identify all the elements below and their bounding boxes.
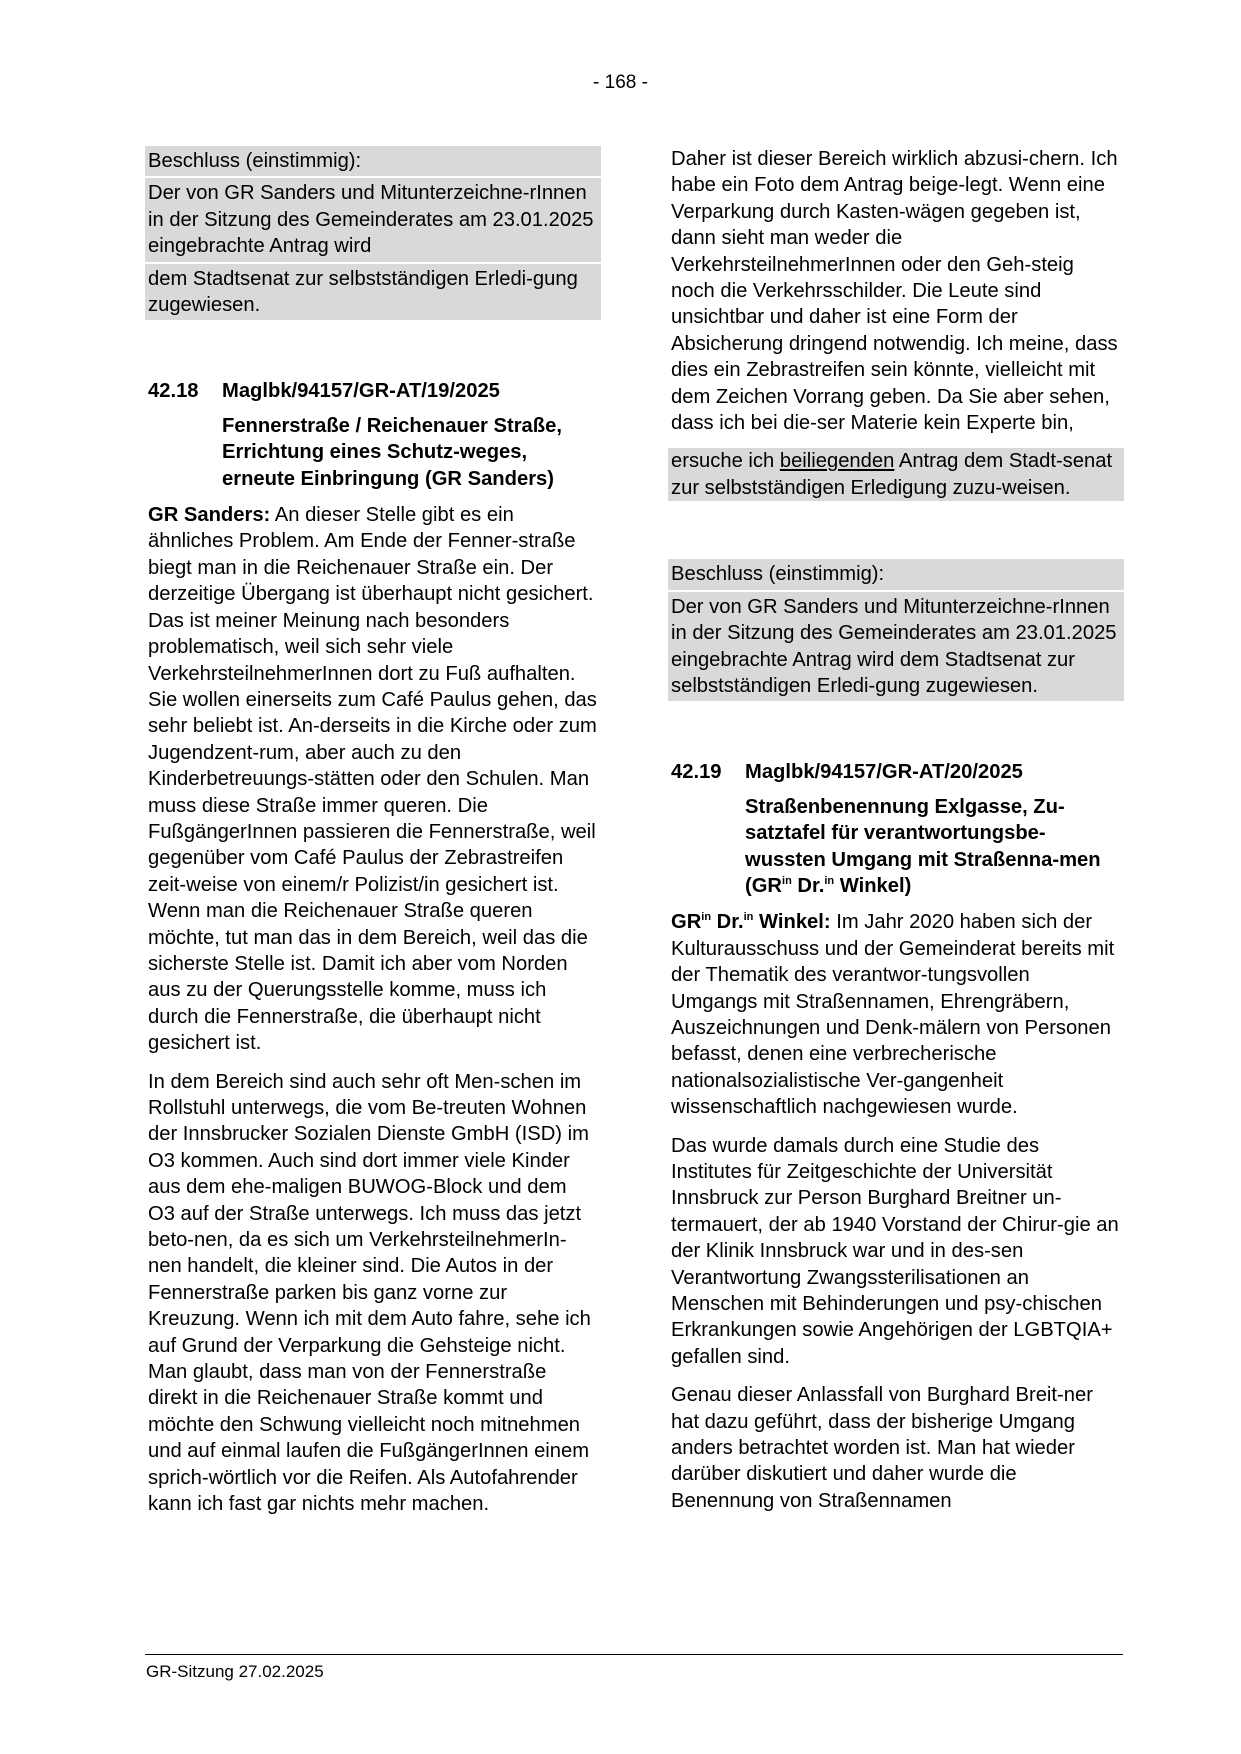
title-mid: Dr. — [792, 875, 825, 897]
speech-paragraph-2: In dem Bereich sind auch sehr oft Men-sc… — [145, 1069, 601, 1518]
resolution-text-row-2: dem Stadtsenat zur selbstständigen Erled… — [145, 264, 601, 321]
agenda-item-number: 42.19 — [671, 759, 745, 785]
speech-text: Im Jahr 2020 haben sich der Kulturaussch… — [671, 911, 1114, 1118]
footer-divider — [145, 1654, 1123, 1655]
resolution-text-part-1: Der von GR Sanders und Mitunterzeichne-r… — [145, 180, 601, 259]
resolution-box-top: Beschluss (einstimmig): Der von GR Sande… — [145, 146, 601, 320]
speaker-surname: Winkel: — [753, 911, 830, 933]
agenda-item-reference: Maglbk/94157/GR-AT/19/2025 — [222, 378, 500, 404]
title-end: Winkel) — [834, 875, 911, 897]
footer-session-date: GR-Sitzung 27.02.2025 — [146, 1662, 324, 1682]
right-column: Daher ist dieser Bereich wirklich abzusi… — [668, 146, 1124, 1526]
speech-paragraph-3: Genau dieser Anlassfall von Burghard Bre… — [668, 1382, 1124, 1514]
resolution-text-row-1: Der von GR Sanders und Mitunterzeichne-r… — [145, 178, 601, 263]
title-superscript: in — [782, 875, 792, 887]
speech-paragraph-1: GRin Dr.in Winkel: Im Jahr 2020 haben si… — [668, 909, 1124, 1120]
request-text-before: ersuche ich — [671, 450, 780, 472]
speech-continuation-paragraph: Daher ist dieser Bereich wirklich abzusi… — [668, 146, 1124, 436]
underlined-word: beiliegenden — [780, 450, 895, 472]
speech-paragraph-2: Das wurde damals durch eine Studie des I… — [668, 1133, 1124, 1371]
speech-text: An dieser Stelle gibt es ein ähnliches P… — [148, 504, 597, 1054]
speaker-superscript: in — [701, 911, 711, 923]
page-number: - 168 - — [0, 72, 1241, 94]
request-paragraph: ersuche ich beiliegenden Antrag dem Stad… — [668, 448, 1124, 501]
agenda-item-heading-4219: 42.19 Maglbk/94157/GR-AT/20/2025 — [668, 759, 1124, 785]
left-column: Beschluss (einstimmig): Der von GR Sande… — [145, 146, 601, 1530]
resolution-label-row: Beschluss (einstimmig): — [145, 146, 601, 178]
resolution-box-right: Beschluss (einstimmig): Der von GR Sande… — [668, 559, 1124, 701]
resolution-text-row: Der von GR Sanders und Mitunterzeichne-r… — [668, 592, 1124, 702]
agenda-item-heading-4218: 42.18 Maglbk/94157/GR-AT/19/2025 — [145, 378, 601, 404]
resolution-label: Beschluss (einstimmig): — [668, 561, 1124, 587]
title-superscript: in — [824, 875, 834, 887]
resolution-text: Der von GR Sanders und Mitunterzeichne-r… — [668, 594, 1124, 700]
speaker-degree: Dr. — [711, 911, 744, 933]
speaker-superscript: in — [744, 911, 754, 923]
speaker-title: GR — [671, 911, 701, 933]
speaker-name: GR Sanders: — [148, 504, 270, 526]
agenda-item-number: 42.18 — [148, 378, 222, 404]
agenda-item-title: Straßenbenennung Exlgasse, Zu-satztafel … — [745, 794, 1124, 900]
agenda-item-title: Fennerstraße / Reichenauer Straße, Erric… — [222, 413, 601, 492]
speech-paragraph-1: GR Sanders: An dieser Stelle gibt es ein… — [145, 502, 601, 1057]
resolution-label-row: Beschluss (einstimmig): — [668, 559, 1124, 591]
resolution-label: Beschluss (einstimmig): — [145, 148, 601, 174]
speaker-name: GRin Dr.in Winkel: — [671, 911, 831, 933]
resolution-text-part-2: dem Stadtsenat zur selbstständigen Erled… — [145, 266, 601, 319]
agenda-item-reference: Maglbk/94157/GR-AT/20/2025 — [745, 759, 1023, 785]
